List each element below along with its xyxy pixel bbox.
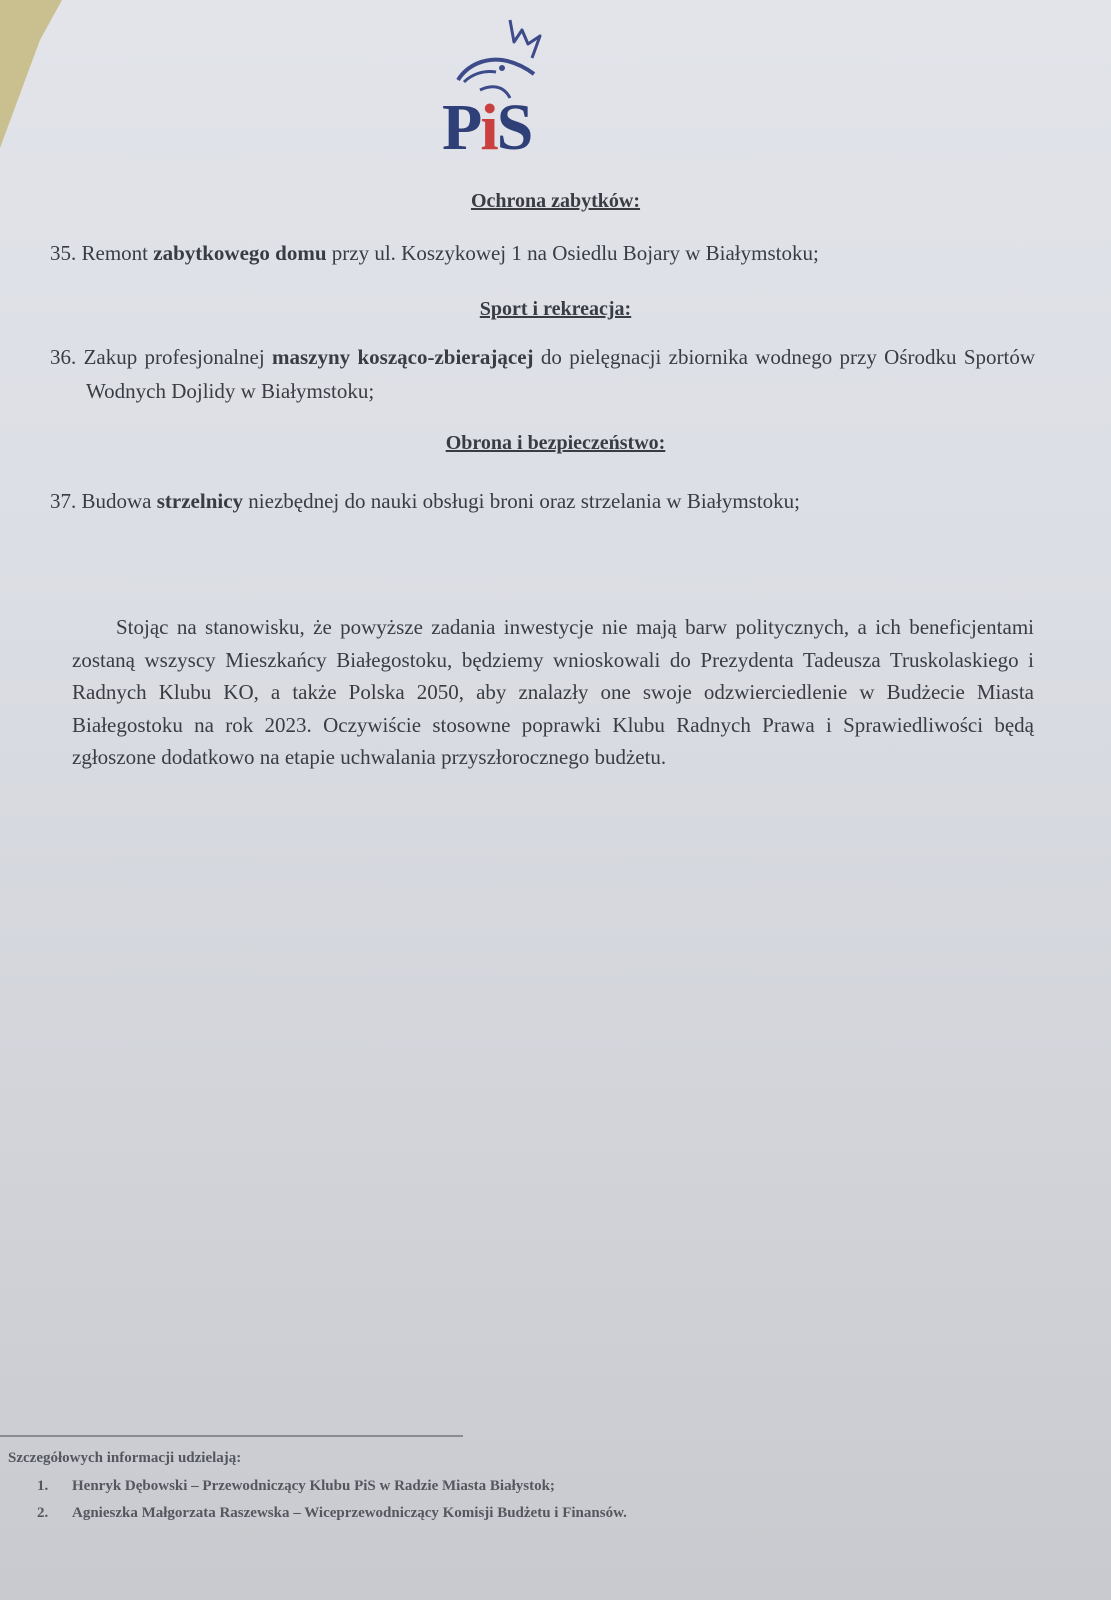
footnote-divider bbox=[0, 1435, 463, 1437]
closing-paragraph: Stojąc na stanowisku, że powyższe zadani… bbox=[72, 611, 1034, 774]
logo-letters: PiS bbox=[442, 90, 531, 166]
contact-footer: Szczegółowych informacji udzielają: Henr… bbox=[8, 1450, 627, 1527]
contact-item: Agnieszka Małgorzata Raszewska – Wiceprz… bbox=[52, 1500, 627, 1527]
section-heading: Sport i rekreacja: bbox=[0, 298, 1111, 321]
contact-list: Henryk Dębowski – Przewodniczący Klubu P… bbox=[8, 1473, 627, 1527]
list-item: 36. Zakup profesjonalnej maszyny kosząco… bbox=[50, 340, 1035, 408]
paper-sheet: PiS Ochrona zabytków: 35. Remont zabytko… bbox=[0, 0, 1111, 1600]
section-heading: Ochrona zabytków: bbox=[0, 190, 1111, 213]
pis-logo: PiS bbox=[440, 14, 570, 144]
list-item: 37. Budowa strzelnicy niezbędnej do nauk… bbox=[50, 484, 1035, 518]
list-item: 35. Remont zabytkowego domu przy ul. Kos… bbox=[50, 236, 1035, 270]
footer-title: Szczegółowych informacji udzielają: bbox=[8, 1450, 627, 1467]
section-heading: Obrona i bezpieczeństwo: bbox=[0, 432, 1111, 455]
contact-item: Henryk Dębowski – Przewodniczący Klubu P… bbox=[52, 1473, 627, 1500]
